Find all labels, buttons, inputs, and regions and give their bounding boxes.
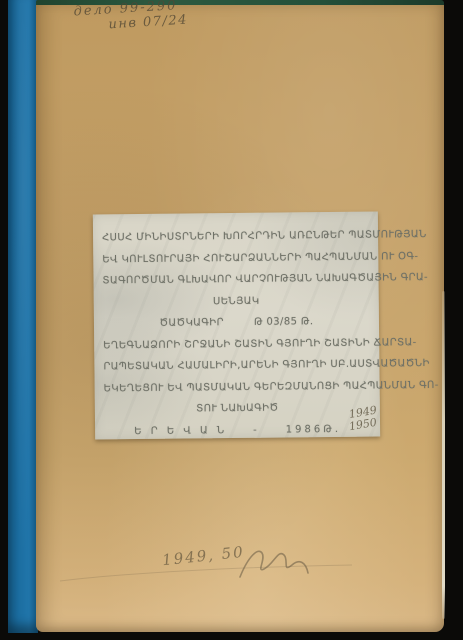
cardboard-cover: дело 99-290 инв 07/24 ՀՍՍՀ ՄԻՆԻՍՏՐՆԵՐԻ Խ… — [36, 1, 444, 632]
pencil-years-on-label: 1949 1950 — [348, 405, 380, 433]
typewritten-title-label: ՀՍՍՀ ՄԻՆԻՍՏՐՆԵՐԻ ԽՈՐՀՐԴԻՆ ԱՌԸՆԹԵՐ ՊԱՏՄՈՒ… — [93, 212, 380, 440]
pencil-case-number-note: дело 99-290 инв 07/24 — [73, 0, 188, 34]
org-name-line-3: ՏԱԳՈՐԾՄԱՆ ԳԼԽԱՎՈՐ ՎԱՐՉՈՒԹՅԱՆ ՆԱԽԱԳԾԱՅԻՆ … — [102, 268, 369, 292]
imprint-dash: - — [253, 419, 260, 441]
code-label: ԾԱԾԿԱԳԻՐ — [159, 312, 224, 334]
page-fore-edge — [442, 291, 445, 619]
org-name-line-4: ՍԵՆՅԱԿ — [103, 289, 370, 313]
imprint-row: Ե Ր Ե Վ Ա Ն - 1986Թ. — [104, 418, 371, 442]
city-name: Ե Ր Ե Վ Ա Ն — [134, 420, 227, 442]
project-title-line-4: ՏՈՒ ՆԱԽԱԳԻԾ — [104, 397, 371, 421]
project-title-line-3: ԵԿԵՂԵՑՈՒ ԵՎ ՊԱՏՄԱԿԱՆ ԳԵՐԵԶՄԱՆՈՑԻ ՊԱՀՊԱՆՄ… — [104, 375, 371, 399]
scanned-archive-folder-cover: дело 99-290 инв 07/24 ՀՍՍՀ ՄԻՆԻՍՏՐՆԵՐԻ Խ… — [0, 0, 463, 640]
project-title-line-2: ՐԱՊԵՏԱԿԱՆ ՀԱՄԱԼԻՐԻ,ԱՐԵՆԻ ԳՅՈՒՂԻ ՍԲ.ԱՍՏՎԱ… — [103, 354, 370, 378]
faint-pencil-stroke — [56, 561, 356, 585]
pencil-year-1950: 1950 — [348, 416, 380, 433]
org-name-line-1: ՀՍՍՀ ՄԻՆԻՍՏՐՆԵՐԻ ԽՈՐՀՐԴԻՆ ԱՌԸՆԹԵՐ ՊԱՏՄՈՒ… — [102, 225, 369, 249]
code-row: ԾԱԾԿԱԳԻՐ Թ 03/85 Թ. — [103, 311, 370, 335]
code-value: Թ 03/85 Թ. — [254, 311, 314, 333]
project-title-line-1: ԵՂԵԳՆԱՁՈՐԻ ՇՐՋԱՆԻ ՇԱՏԻՆ ԳՅՈՒՂԻ ՇԱՏԻՆԻ ՃԱ… — [103, 332, 370, 356]
org-name-line-2: ԵՎ ԿՈՒԼՏՈՒՐԱՅԻ ՀՈՒՇԱՐՁԱՆՆԵՐԻ ՊԱՀՊԱՆՄԱՆ Ո… — [102, 246, 369, 270]
blue-cloth-spine — [8, 0, 38, 633]
imprint-year: 1986Թ. — [286, 418, 341, 440]
